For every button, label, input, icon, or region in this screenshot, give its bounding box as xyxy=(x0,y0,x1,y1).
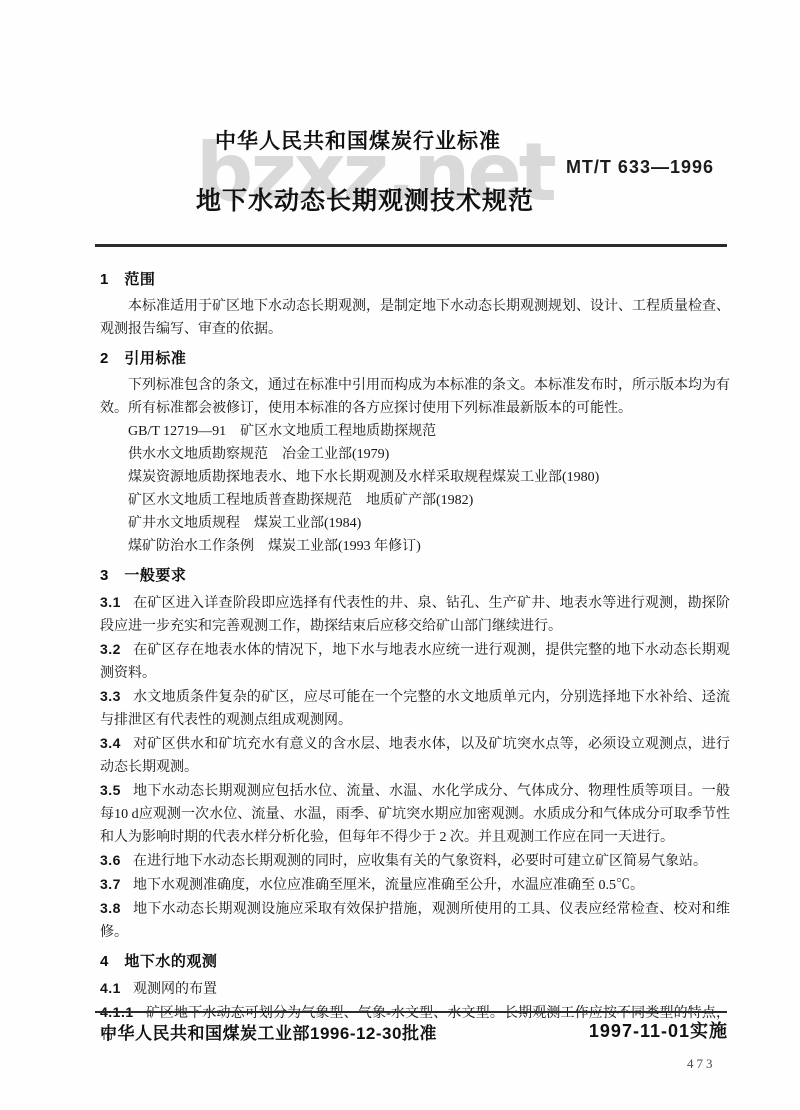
clause-3-3: 3.3水文地质条件复杂的矿区，应尽可能在一个完整的水文地质单元内，分别选择地下水… xyxy=(100,685,730,732)
clause-text: 地下水动态长期观测设施应采取有效保护措施，观测所使用的工具、仪表应经常检查、校对… xyxy=(100,902,730,940)
clause-text: 地下水动态长期观测应包括水位、流量、水温、水化学成分、气体成分、物理性质等项目。… xyxy=(100,784,730,845)
clause-number: 3.1 xyxy=(100,594,121,610)
clause-number: 3.6 xyxy=(100,852,121,868)
clause-number: 3.5 xyxy=(100,782,121,798)
footer-rule xyxy=(95,1011,727,1013)
clause-text: 观测网的布置 xyxy=(133,982,217,997)
clause-number: 3.4 xyxy=(100,735,121,751)
reference-list: GB/T 12719—91 矿区水文地质工程地质勘探规范 供水水文地质勘察规范 … xyxy=(100,420,730,558)
reference-item: 煤矿防治水工作条例 煤炭工业部(1993 年修订) xyxy=(128,535,730,558)
clause-number: 3.7 xyxy=(100,876,121,892)
header-rule xyxy=(95,244,727,247)
clause-text: 在矿区进入详查阶段即应选择有代表性的井、泉、钻孔、生产矿井、地表水等进行观测，勘… xyxy=(100,596,730,634)
section-2-heading: 2 引用标准 xyxy=(100,349,730,369)
footer-approval: 中华人民共和国煤炭工业部1996-12-30批准 xyxy=(100,1019,437,1044)
page-number: 473 xyxy=(687,1056,716,1072)
reference-item: 矿区水文地质工程地质普查勘探规范 地质矿产部(1982) xyxy=(128,489,730,512)
clause-text: 水文地质条件复杂的矿区，应尽可能在一个完整的水文地质单元内，分别选择地下水补给、… xyxy=(100,690,730,728)
clause-3-7: 3.7地下水观测准确度，水位应准确至厘米，流量应准确至公升，水温应准确至 0.5… xyxy=(100,873,730,897)
clause-text: 在矿区存在地表水体的情况下，地下水与地表水应统一进行观测，提供完整的地下水动态长… xyxy=(100,643,730,681)
section-4-heading: 4 地下水的观测 xyxy=(100,952,730,972)
clause-text: 对矿区供水和矿坑充水有意义的含水层、地表水体，以及矿坑突水点等，必须设立观测点，… xyxy=(100,737,730,775)
clause-3-1: 3.1在矿区进入详查阶段即应选择有代表性的井、泉、钻孔、生产矿井、地表水等进行观… xyxy=(100,591,730,638)
footer-implementation: 1997-11-01实施 xyxy=(589,1017,728,1043)
clause-3-8: 3.8地下水动态长期观测设施应采取有效保护措施，观测所使用的工具、仪表应经常检查… xyxy=(100,897,730,944)
standard-number: MT/T 633—1996 xyxy=(566,157,714,178)
clause-text: 地下水观测准确度，水位应准确至厘米，流量应准确至公升，水温应准确至 0.5℃。 xyxy=(133,878,644,893)
clause-3-4: 3.4对矿区供水和矿坑充水有意义的含水层、地表水体，以及矿坑突水点等，必须设立观… xyxy=(100,732,730,779)
document-title: 地下水动态长期观测技术规范 xyxy=(196,181,534,217)
clause-3-6: 3.6在进行地下水动态长期观测的同时，应收集有关的气象资料，必要时可建立矿区简易… xyxy=(100,849,730,873)
section-2-paragraph: 下列标准包含的条文，通过在标准中引用而构成为本标准的条文。本标准发布时，所示版本… xyxy=(100,374,730,420)
reference-item: GB/T 12719—91 矿区水文地质工程地质勘探规范 xyxy=(128,420,730,443)
section-3-heading: 3 一般要求 xyxy=(100,566,730,586)
standard-type-heading: 中华人民共和国煤炭行业标准 xyxy=(215,125,501,155)
section-1-paragraph: 本标准适用于矿区地下水动态长期观测，是制定地下水动态长期观测规划、设计、工程质量… xyxy=(100,295,730,341)
document-body: 1 范围 本标准适用于矿区地下水动态长期观测，是制定地下水动态长期观测规划、设计… xyxy=(100,259,730,1048)
section-1-heading: 1 范围 xyxy=(100,270,730,290)
reference-item: 煤炭资源地质勘探地表水、地下水长期观测及水样采取规程煤炭工业部(1980) xyxy=(128,466,730,489)
reference-item: 供水水文地质勘察规范 冶金工业部(1979) xyxy=(128,443,730,466)
clause-number: 3.2 xyxy=(100,641,121,657)
clause-4-1: 4.1观测网的布置 xyxy=(100,977,730,1001)
clause-3-2: 3.2在矿区存在地表水体的情况下，地下水与地表水应统一进行观测，提供完整的地下水… xyxy=(100,638,730,685)
clause-number: 4.1 xyxy=(100,980,121,996)
scanned-standard-page: bzxz.net 中华人民共和国煤炭行业标准 MT/T 633—1996 地下水… xyxy=(0,0,800,1110)
clause-number: 3.8 xyxy=(100,900,121,916)
clause-3-5: 3.5地下水动态长期观测应包括水位、流量、水温、水化学成分、气体成分、物理性质等… xyxy=(100,779,730,849)
reference-item: 矿井水文地质规程 煤炭工业部(1984) xyxy=(128,512,730,535)
clause-number: 3.3 xyxy=(100,688,121,704)
clause-text: 在进行地下水动态长期观测的同时，应收集有关的气象资料，必要时可建立矿区简易气象站… xyxy=(133,854,707,869)
